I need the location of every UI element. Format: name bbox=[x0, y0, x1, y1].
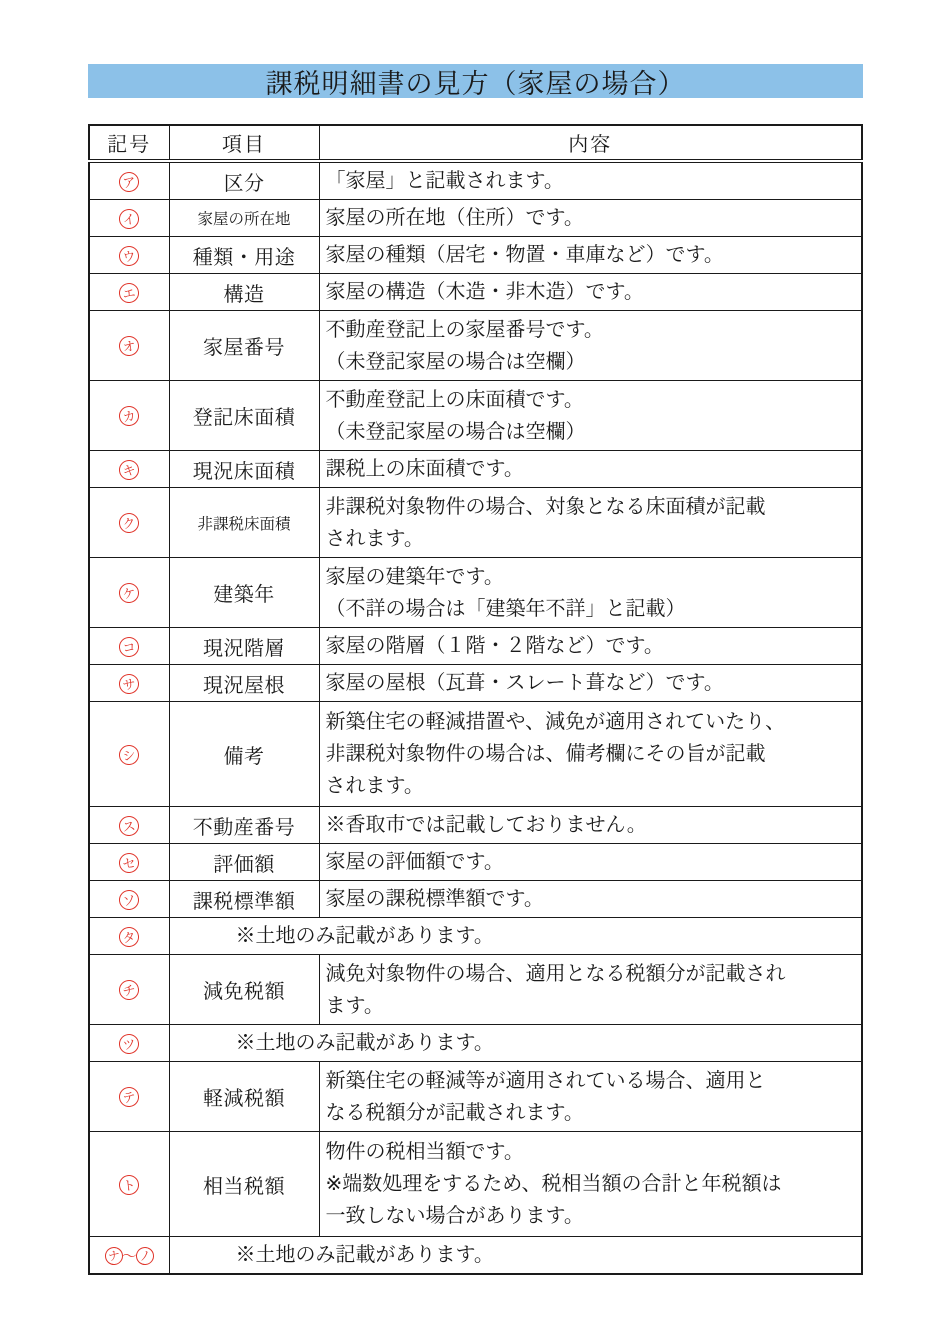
content-cell: 家屋の階層（１階・２階など）です。 bbox=[319, 628, 862, 665]
table-row: チ減免税額減免対象物件の場合、適用となる税額分が記載され ます。 bbox=[89, 955, 862, 1025]
content-cell: ※香取市では記載しておりません。 bbox=[319, 807, 862, 844]
circled-symbol-badge: カ bbox=[118, 405, 141, 428]
table-row: キ現況床面積課税上の床面積です。 bbox=[89, 451, 862, 488]
symbol-range-tilde: ～ bbox=[122, 1249, 137, 1265]
symbol-cell: ト bbox=[89, 1132, 169, 1237]
table-header-row: 記号 項目 内容 bbox=[89, 125, 862, 161]
content-cell: 家屋の構造（木造・非木造）です。 bbox=[319, 274, 862, 311]
table-row: ツ※土地のみ記載があります。 bbox=[89, 1025, 862, 1062]
table-row: タ※土地のみ記載があります。 bbox=[89, 918, 862, 955]
table-body: ア区分「家屋」と記載されます。イ家屋の所在地家屋の所在地（住所）です。ウ種類・用… bbox=[89, 161, 862, 1274]
table-row: イ家屋の所在地家屋の所在地（住所）です。 bbox=[89, 200, 862, 237]
table-row: テ軽減税額新築住宅の軽減等が適用されている場合、適用と なる税額分が記載されます… bbox=[89, 1062, 862, 1132]
content-cell: 家屋の所在地（住所）です。 bbox=[319, 200, 862, 237]
symbol-cell: チ bbox=[89, 955, 169, 1025]
symbol-cell: ス bbox=[89, 807, 169, 844]
table-row: ソ課税標準額家屋の課税標準額です。 bbox=[89, 881, 862, 918]
table-row: ケ建築年家屋の建築年です。 （不詳の場合は「建築年不詳」と記載） bbox=[89, 558, 862, 628]
symbol-cell: ケ bbox=[89, 558, 169, 628]
content-cell: 家屋の屋根（瓦葺・スレート葺など）です。 bbox=[319, 665, 862, 702]
circled-symbol-badge: ナ bbox=[104, 1246, 124, 1266]
symbol-cell: タ bbox=[89, 918, 169, 955]
item-cell: 登記床面積 bbox=[169, 381, 319, 451]
table-row: ト相当税額物件の税相当額です。 ※端数処理をするため、税相当額の合計と年税額は … bbox=[89, 1132, 862, 1237]
symbol-cell: サ bbox=[89, 665, 169, 702]
symbol-cell: ウ bbox=[89, 237, 169, 274]
circled-symbol-badge: タ bbox=[118, 926, 141, 949]
page-title: 課税明細書の見方（家屋の場合） bbox=[266, 62, 686, 101]
content-cell: ※土地のみ記載があります。 bbox=[169, 1237, 862, 1275]
item-cell: 構造 bbox=[169, 274, 319, 311]
content-cell: 家屋の評価額です。 bbox=[319, 844, 862, 881]
table-row: エ構造家屋の構造（木造・非木造）です。 bbox=[89, 274, 862, 311]
item-cell: 現況階層 bbox=[169, 628, 319, 665]
content-cell: 課税上の床面積です。 bbox=[319, 451, 862, 488]
item-cell: 課税標準額 bbox=[169, 881, 319, 918]
table-row: シ備考新築住宅の軽減措置や、減免が適用されていたり、 非課税対象物件の場合は、備… bbox=[89, 702, 862, 807]
content-cell: 新築住宅の軽減等が適用されている場合、適用と なる税額分が記載されます。 bbox=[319, 1062, 862, 1132]
symbol-cell: カ bbox=[89, 381, 169, 451]
item-cell: 家屋の所在地 bbox=[169, 200, 319, 237]
circled-symbol-badge: キ bbox=[118, 459, 141, 482]
content-cell: 家屋の建築年です。 （不詳の場合は「建築年不詳」と記載） bbox=[319, 558, 862, 628]
content-cell: 非課税対象物件の場合、対象となる床面積が記載 されます。 bbox=[319, 488, 862, 558]
item-cell: 非課税床面積 bbox=[169, 488, 319, 558]
explanation-table: 記号 項目 内容 ア区分「家屋」と記載されます。イ家屋の所在地家屋の所在地（住所… bbox=[88, 124, 863, 1275]
circled-symbol-badge: ソ bbox=[118, 889, 141, 912]
circled-symbol-badge: ク bbox=[118, 512, 141, 535]
content-cell: 物件の税相当額です。 ※端数処理をするため、税相当額の合計と年税額は 一致しない… bbox=[319, 1132, 862, 1237]
symbol-cell: テ bbox=[89, 1062, 169, 1132]
item-cell: 相当税額 bbox=[169, 1132, 319, 1237]
content-cell: 不動産登記上の床面積です。 （未登記家屋の場合は空欄） bbox=[319, 381, 862, 451]
item-cell: 現況床面積 bbox=[169, 451, 319, 488]
circled-symbol-badge: ノ bbox=[135, 1246, 155, 1266]
table-row: サ現況屋根家屋の屋根（瓦葺・スレート葺など）です。 bbox=[89, 665, 862, 702]
table-row: セ評価額家屋の評価額です。 bbox=[89, 844, 862, 881]
symbol-cell: ア bbox=[89, 161, 169, 200]
circled-symbol-badge: ア bbox=[118, 171, 141, 194]
circled-symbol-badge: シ bbox=[118, 744, 141, 767]
document-page: 課税明細書の見方（家屋の場合） 記号 項目 内容 ア区分「家屋」と記載されます。… bbox=[0, 0, 950, 1344]
item-cell: 区分 bbox=[169, 161, 319, 200]
item-cell: 備考 bbox=[169, 702, 319, 807]
item-cell: 建築年 bbox=[169, 558, 319, 628]
item-cell: 軽減税額 bbox=[169, 1062, 319, 1132]
item-cell: 不動産番号 bbox=[169, 807, 319, 844]
content-cell: 減免対象物件の場合、適用となる税額分が記載され ます。 bbox=[319, 955, 862, 1025]
title-banner: 課税明細書の見方（家屋の場合） bbox=[88, 64, 863, 98]
symbol-cell: イ bbox=[89, 200, 169, 237]
symbol-cell: コ bbox=[89, 628, 169, 665]
item-cell: 減免税額 bbox=[169, 955, 319, 1025]
symbol-cell: セ bbox=[89, 844, 169, 881]
content-cell: 新築住宅の軽減措置や、減免が適用されていたり、 非課税対象物件の場合は、備考欄に… bbox=[319, 702, 862, 807]
item-cell: 種類・用途 bbox=[169, 237, 319, 274]
circled-symbol-badge: ス bbox=[118, 815, 141, 838]
table-header-symbol: 記号 bbox=[89, 125, 169, 161]
content-cell: 不動産登記上の家屋番号です。 （未登記家屋の場合は空欄） bbox=[319, 311, 862, 381]
circled-symbol-badge: セ bbox=[118, 852, 141, 875]
table-row: コ現況階層家屋の階層（１階・２階など）です。 bbox=[89, 628, 862, 665]
table-row: オ家屋番号不動産登記上の家屋番号です。 （未登記家屋の場合は空欄） bbox=[89, 311, 862, 381]
item-cell: 評価額 bbox=[169, 844, 319, 881]
circled-symbol-badge: ト bbox=[118, 1174, 141, 1197]
symbol-cell: ナ～ノ bbox=[89, 1237, 169, 1275]
symbol-cell: ツ bbox=[89, 1025, 169, 1062]
item-cell: 現況屋根 bbox=[169, 665, 319, 702]
circled-symbol-badge: エ bbox=[118, 282, 141, 305]
symbol-cell: キ bbox=[89, 451, 169, 488]
circled-symbol-badge: サ bbox=[118, 673, 141, 696]
table-row: ア区分「家屋」と記載されます。 bbox=[89, 161, 862, 200]
content-cell: ※土地のみ記載があります。 bbox=[169, 1025, 862, 1062]
symbol-cell: シ bbox=[89, 702, 169, 807]
symbol-cell: ク bbox=[89, 488, 169, 558]
circled-symbol-badge: オ bbox=[118, 335, 141, 358]
content-cell: 家屋の課税標準額です。 bbox=[319, 881, 862, 918]
table-row: ウ種類・用途家屋の種類（居宅・物置・車庫など）です。 bbox=[89, 237, 862, 274]
content-cell: 家屋の種類（居宅・物置・車庫など）です。 bbox=[319, 237, 862, 274]
table-row: ス不動産番号※香取市では記載しておりません。 bbox=[89, 807, 862, 844]
circled-symbol-badge: テ bbox=[118, 1086, 141, 1109]
symbol-cell: エ bbox=[89, 274, 169, 311]
table-header-item: 項目 bbox=[169, 125, 319, 161]
circled-symbol-badge: チ bbox=[118, 979, 141, 1002]
circled-symbol-badge: イ bbox=[118, 208, 141, 231]
item-cell: 家屋番号 bbox=[169, 311, 319, 381]
circled-symbol-badge: ケ bbox=[118, 582, 141, 605]
content-cell: 「家屋」と記載されます。 bbox=[319, 161, 862, 200]
symbol-cell: オ bbox=[89, 311, 169, 381]
symbol-cell: ソ bbox=[89, 881, 169, 918]
table-header-content: 内容 bbox=[319, 125, 862, 161]
circled-symbol-badge: ウ bbox=[118, 245, 141, 268]
table-row: ク非課税床面積非課税対象物件の場合、対象となる床面積が記載 されます。 bbox=[89, 488, 862, 558]
table-row: カ登記床面積不動産登記上の床面積です。 （未登記家屋の場合は空欄） bbox=[89, 381, 862, 451]
content-cell: ※土地のみ記載があります。 bbox=[169, 918, 862, 955]
table-row: ナ～ノ※土地のみ記載があります。 bbox=[89, 1237, 862, 1275]
circled-symbol-badge: ツ bbox=[118, 1033, 141, 1056]
circled-symbol-badge: コ bbox=[118, 636, 141, 659]
